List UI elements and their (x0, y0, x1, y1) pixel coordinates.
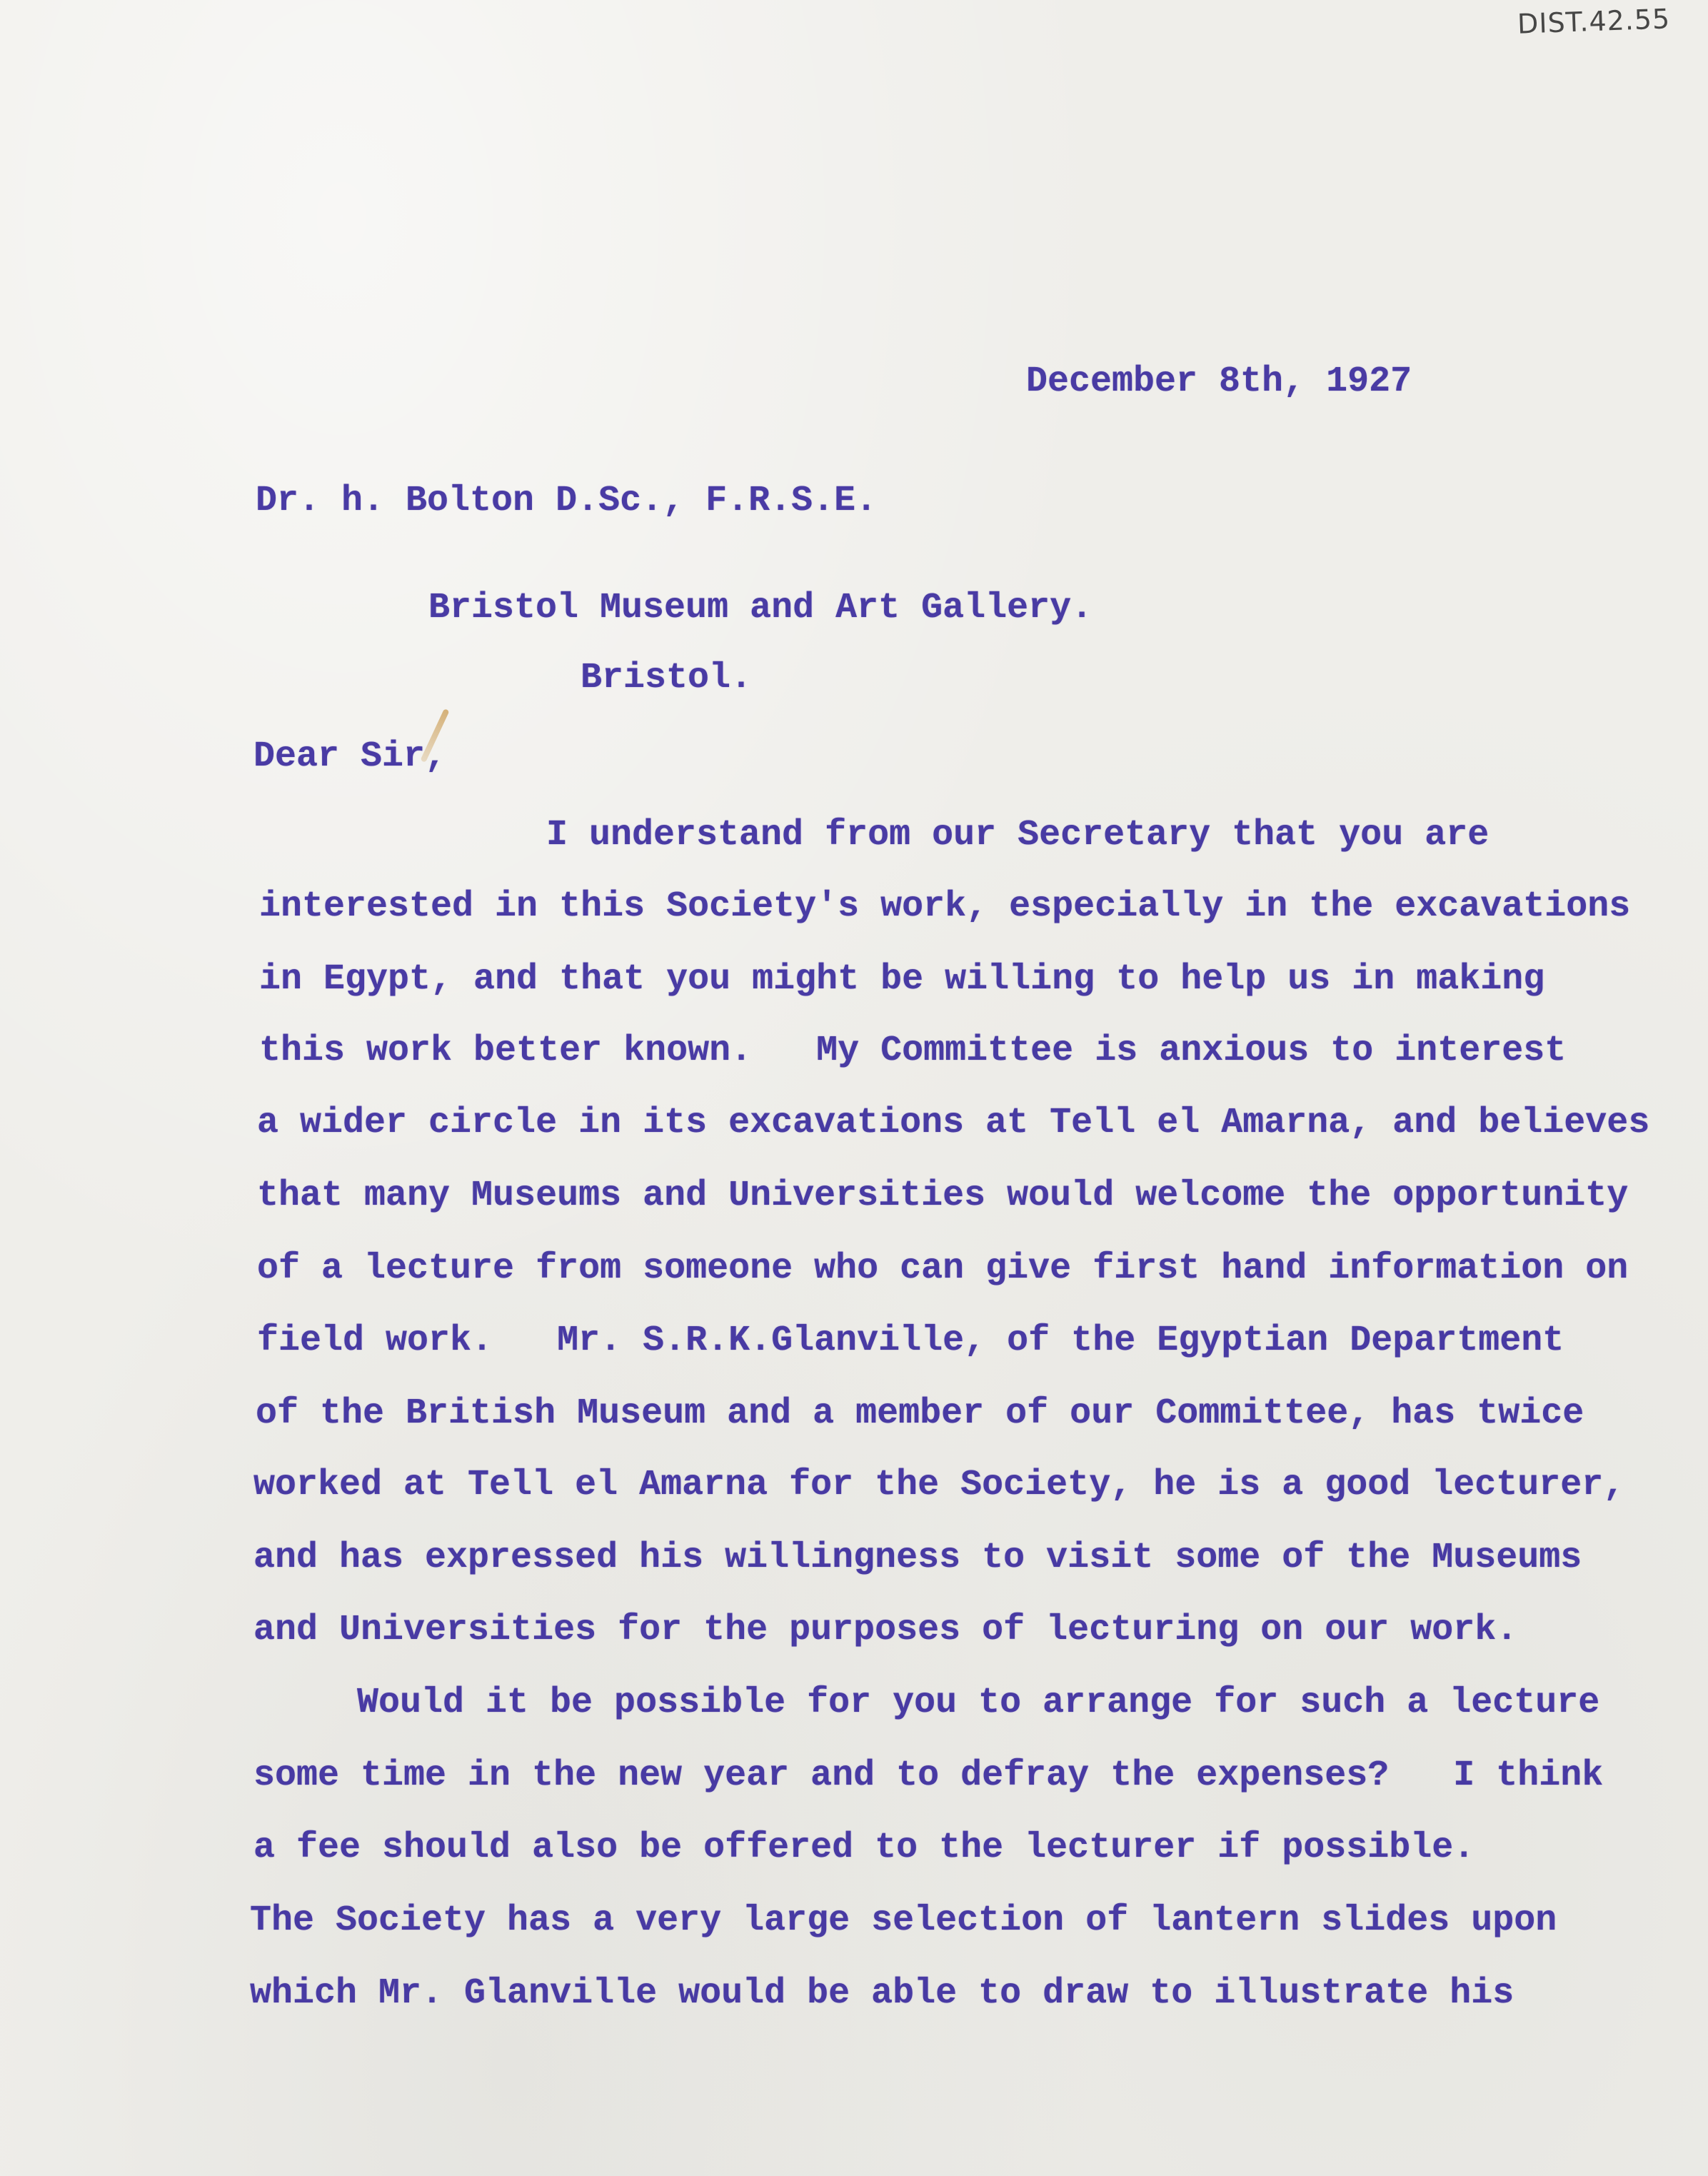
letter-page: DIST.42.55 December 8th, 1927 Dr. h. Bol… (0, 0, 1708, 2176)
letter-date: December 8th, 1927 (1026, 361, 1412, 403)
body-line: this work better known. My Committee is … (259, 1030, 1566, 1073)
recipient-name: Dr. h. Bolton D.Sc., F.R.S.E. (256, 480, 877, 523)
body-line: worked at Tell el Amarna for the Society… (253, 1464, 1624, 1507)
body-line: of a lecture from someone who can give f… (257, 1248, 1628, 1290)
recipient-institution: Bristol Museum and Art Gallery. (428, 587, 1092, 630)
archive-reference-handwritten: DIST.42.55 (1517, 3, 1671, 39)
body-line: of the British Museum and a member of ou… (256, 1393, 1584, 1435)
body-line: I understand from our Secretary that you… (546, 814, 1489, 857)
body-line: and has expressed his willingness to vis… (253, 1537, 1582, 1580)
body-line: a fee should also be offered to the lect… (253, 1827, 1475, 1870)
recipient-city: Bristol. (581, 657, 752, 700)
body-line: that many Museums and Universities would… (257, 1175, 1628, 1218)
body-line: Would it be possible for you to arrange … (357, 1682, 1599, 1725)
salutation: Dear Sir, (253, 736, 446, 778)
body-line: interested in this Society's work, espec… (259, 886, 1630, 928)
body-line: field work. Mr. S.R.K.Glanville, of the … (257, 1320, 1564, 1363)
body-line: a wider circle in its excavations at Tel… (257, 1102, 1649, 1145)
body-line: The Society has a very large selection o… (250, 1900, 1557, 1942)
body-line: and Universities for the purposes of lec… (253, 1609, 1517, 1652)
body-line: in Egypt, and that you might be willing … (259, 958, 1544, 1001)
body-line: some time in the new year and to defray … (253, 1755, 1603, 1798)
body-line: which Mr. Glanville would be able to dra… (250, 1972, 1514, 2015)
